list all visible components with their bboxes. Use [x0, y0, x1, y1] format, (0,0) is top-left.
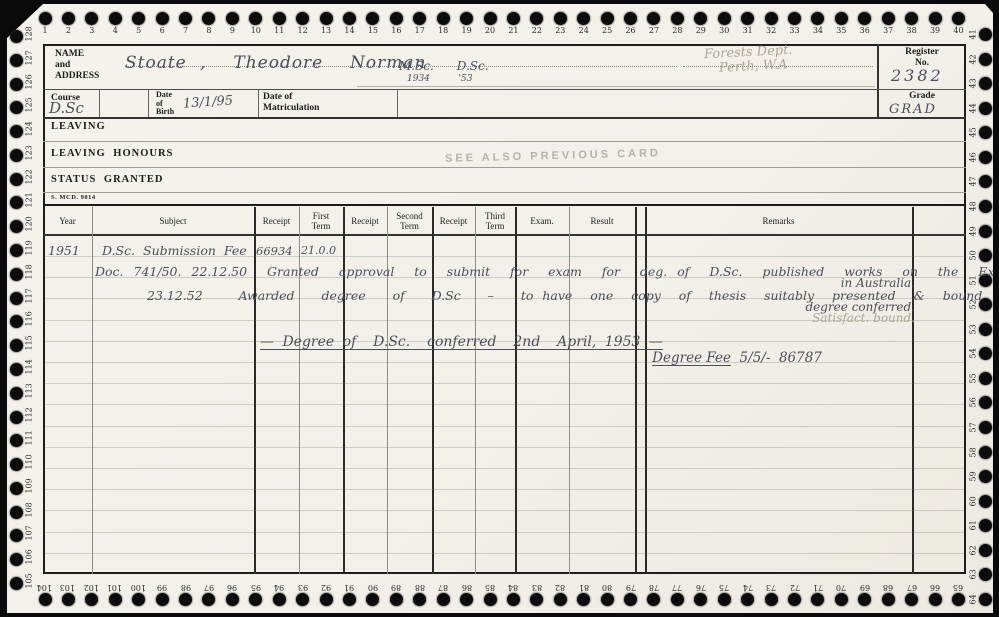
punch-hole	[10, 101, 23, 114]
punch-hole	[179, 12, 192, 25]
punch-number: 36	[858, 26, 872, 35]
punch-number: 7	[179, 26, 193, 35]
punch-hole	[10, 577, 23, 590]
punch-item: 32	[764, 7, 778, 39]
punch-number: 85	[483, 583, 497, 592]
degree-years: 1934 '53	[407, 74, 472, 84]
punch-hole	[979, 568, 992, 581]
punch-hole	[624, 593, 637, 606]
punch-number: 86	[460, 583, 474, 592]
punch-hole	[10, 387, 23, 400]
punch-number: 3	[85, 26, 99, 35]
punch-number: 94	[272, 583, 286, 592]
punch-hole	[882, 12, 895, 25]
punch-hole	[10, 125, 23, 138]
column-header	[912, 207, 966, 234]
punch-hole	[952, 12, 965, 25]
punch-item: 68	[881, 574, 895, 614]
punch-number: 11	[272, 26, 286, 35]
punch-item: 69	[858, 574, 872, 614]
punch-number: 107	[25, 531, 34, 541]
entry-conferral-note: — Degree of D.Sc. conferred 2nd April, 1…	[260, 334, 663, 350]
punch-item: 39	[928, 7, 942, 39]
punch-item: 81	[577, 574, 591, 614]
punch-number: 121	[25, 198, 34, 208]
punch-hole	[979, 446, 992, 459]
punch-number: 12	[296, 26, 310, 35]
punch-item: 82	[553, 574, 567, 614]
punch-hole	[979, 28, 992, 41]
punch-hole	[85, 593, 98, 606]
second-baseline	[357, 86, 875, 87]
punch-item: 92	[319, 574, 333, 614]
punch-number: 57	[969, 423, 978, 433]
punch-item: 72	[788, 574, 802, 614]
punch-number: 13	[319, 26, 333, 35]
punch-item: 119	[5, 244, 39, 257]
punch-number: 8	[202, 26, 216, 35]
punch-item: 125	[5, 101, 39, 114]
punch-hole	[437, 12, 450, 25]
punch-number: 34	[811, 26, 825, 35]
punch-hole	[979, 175, 992, 188]
punch-number: 108	[25, 507, 34, 517]
punch-hole	[671, 12, 684, 25]
punch-hole	[10, 434, 23, 447]
punch-number: 61	[969, 521, 978, 531]
punch-number: 106	[25, 555, 34, 565]
punch-item: 86	[460, 574, 474, 614]
punch-number: 31	[741, 26, 755, 35]
punch-item: 98	[179, 574, 193, 614]
punch-item: 2	[61, 7, 75, 39]
punch-number: 122	[25, 174, 34, 184]
punch-number: 20	[483, 26, 497, 35]
punch-hole	[109, 593, 122, 606]
punch-hole	[460, 593, 473, 606]
punch-item: 85	[483, 574, 497, 614]
punch-number: 39	[928, 26, 942, 35]
column-header: First Term	[299, 207, 343, 234]
horizontal-rule	[44, 426, 965, 427]
entry-fee-amount: 21.0.0	[301, 244, 336, 257]
horizontal-rule	[877, 89, 966, 90]
punch-number: 101	[108, 583, 122, 592]
punch-hole	[554, 12, 567, 25]
punch-number: 66	[928, 583, 942, 592]
column-header: Third Term	[475, 207, 515, 234]
punch-hole	[132, 12, 145, 25]
punch-number: 17	[413, 26, 427, 35]
punch-hole	[741, 12, 754, 25]
punch-hole	[109, 12, 122, 25]
grade-value: GRAD	[889, 102, 937, 117]
punch-hole	[979, 126, 992, 139]
punch-item: 12	[296, 7, 310, 39]
punch-item: 108	[5, 506, 39, 519]
punch-hole	[10, 315, 23, 328]
punch-number: 21	[506, 26, 520, 35]
punch-hole	[979, 200, 992, 213]
punch-number: 68	[881, 583, 895, 592]
date-of-birth-label: Date of Birth	[156, 91, 174, 117]
degree-fee-label: Degree Fee	[652, 350, 731, 366]
leaving-honours-label: LEAVING HONOURS	[51, 148, 173, 159]
punch-hole	[10, 54, 23, 67]
punch-hole	[226, 12, 239, 25]
punch-item: 19	[460, 7, 474, 39]
punch-item: 110	[5, 458, 39, 471]
punch-hole	[10, 78, 23, 91]
punch-number: 56	[969, 398, 978, 408]
punch-item: 107	[5, 529, 39, 542]
punch-hole	[460, 12, 473, 25]
punch-hole	[671, 593, 684, 606]
horizontal-rule	[43, 89, 966, 90]
punch-number: 117	[25, 293, 34, 303]
entry-bound-note: Satisfact. bound.	[773, 311, 915, 325]
punch-hole	[979, 347, 992, 360]
punch-hole	[413, 12, 426, 25]
punch-number: 26	[624, 26, 638, 35]
punch-hole	[979, 495, 992, 508]
punch-hole	[390, 12, 403, 25]
punch-number: 116	[25, 317, 34, 327]
horizontal-rule	[44, 489, 965, 490]
horizontal-rule	[44, 404, 965, 405]
punch-item: 10	[249, 7, 263, 39]
punch-item: 116	[5, 315, 39, 328]
name-address-label: NAME and ADDRESS	[55, 49, 99, 82]
table-header-row: YearSubjectReceiptFirst TermReceiptSecon…	[43, 207, 966, 234]
vertical-rule	[569, 207, 570, 574]
punch-item: 111	[5, 434, 39, 447]
horizontal-rule	[44, 510, 965, 511]
punch-number: 63	[969, 570, 978, 580]
punch-item: 123	[5, 149, 39, 162]
punch-hole	[694, 12, 707, 25]
punch-number: 41	[969, 30, 978, 40]
horizontal-rule	[43, 167, 966, 168]
punch-item: 30	[717, 7, 731, 39]
punch-hole	[10, 173, 23, 186]
punch-number: 14	[342, 26, 356, 35]
punch-number: 77	[670, 583, 684, 592]
record-card: 1234567891011121314151617181920212223242…	[7, 4, 993, 613]
punch-hole	[366, 12, 379, 25]
punch-number: 27	[647, 26, 661, 35]
punch-item: 80	[600, 574, 614, 614]
punch-hole	[10, 482, 23, 495]
punch-item: 31	[741, 7, 755, 39]
punch-item: 118	[5, 268, 39, 281]
punch-hole	[156, 593, 169, 606]
punch-hole	[624, 12, 637, 25]
punch-item: 70	[834, 574, 848, 614]
punch-hole	[858, 593, 871, 606]
punch-number: 48	[969, 201, 978, 211]
horizontal-rule	[43, 141, 966, 142]
entry-degree-fee: Degree Fee 5/5/- 86787	[635, 334, 822, 382]
punch-item: 76	[694, 574, 708, 614]
punch-item: 36	[858, 7, 872, 39]
punch-hole	[979, 77, 992, 90]
punch-number: 19	[460, 26, 474, 35]
punch-item: 104	[38, 574, 52, 614]
punch-hole	[413, 593, 426, 606]
punch-hole	[554, 593, 567, 606]
punch-strip-top: 1234567891011121314151617181920212223242…	[38, 7, 966, 39]
punch-hole	[979, 519, 992, 532]
punch-hole	[647, 12, 660, 25]
punch-number: 49	[969, 226, 978, 236]
punch-number: 73	[764, 583, 778, 592]
punch-number: 124	[25, 127, 34, 137]
punch-item: 90	[366, 574, 380, 614]
punch-item: 33	[788, 7, 802, 39]
punch-number: 91	[342, 583, 356, 592]
punch-hole	[979, 102, 992, 115]
horizontal-rule	[43, 192, 966, 193]
punch-hole	[882, 593, 895, 606]
form-code: S. MCD. 9014	[51, 194, 96, 201]
punch-number: 67	[905, 583, 919, 592]
punch-item: 29	[694, 7, 708, 39]
punch-item: 1	[38, 7, 52, 39]
punch-number: 62	[969, 545, 978, 555]
student-name-value: Stoate , Theodore Norman	[125, 53, 427, 73]
grade-label: Grade	[879, 91, 965, 101]
vertical-rule	[148, 89, 149, 117]
punch-item: 99	[155, 574, 169, 614]
punch-item: 21	[506, 7, 520, 39]
punch-number: 118	[25, 269, 34, 279]
punch-item: 88	[413, 574, 427, 614]
punch-item: 4	[108, 7, 122, 39]
punch-number: 30	[717, 26, 731, 35]
punch-hole	[10, 149, 23, 162]
punch-number: 71	[811, 583, 825, 592]
punch-hole	[601, 12, 614, 25]
punch-item: 95	[249, 574, 263, 614]
punch-number: 46	[969, 152, 978, 162]
punch-number: 60	[969, 496, 978, 506]
punch-item: 89	[389, 574, 403, 614]
punch-hole	[741, 593, 754, 606]
punch-number: 72	[788, 583, 802, 592]
punch-hole	[765, 593, 778, 606]
punch-hole	[765, 12, 778, 25]
punch-hole	[10, 244, 23, 257]
punch-item: 26	[624, 7, 638, 39]
punch-item: 24	[577, 7, 591, 39]
punch-item: 87	[436, 574, 450, 614]
punch-number: 82	[553, 583, 567, 592]
punch-number: 43	[969, 79, 978, 89]
punch-item: 66	[928, 574, 942, 614]
column-header	[635, 207, 645, 234]
punch-hole	[390, 593, 403, 606]
punch-number: 92	[319, 583, 333, 592]
horizontal-rule	[44, 553, 965, 554]
punch-hole	[249, 12, 262, 25]
punch-number: 4	[108, 26, 122, 35]
punch-item: 121	[5, 196, 39, 209]
punch-item: 34	[811, 7, 825, 39]
punch-item: 120	[5, 220, 39, 233]
punch-hole	[811, 593, 824, 606]
punch-item: 41	[960, 28, 999, 41]
punch-number: 70	[834, 583, 848, 592]
punch-item: 16	[389, 7, 403, 39]
punch-number: 50	[969, 251, 978, 261]
punch-number: 127	[25, 55, 34, 65]
punch-hole	[530, 12, 543, 25]
punch-item: 128	[5, 30, 39, 43]
punch-number: 44	[969, 103, 978, 113]
punch-item: 37	[881, 7, 895, 39]
punch-hole	[10, 292, 23, 305]
punch-number: 76	[694, 583, 708, 592]
punch-hole	[694, 593, 707, 606]
punch-number: 24	[577, 26, 591, 35]
vertical-rule	[254, 207, 256, 574]
punch-item: 35	[834, 7, 848, 39]
punch-hole	[835, 593, 848, 606]
punch-hole	[979, 593, 992, 606]
punch-number: 83	[530, 583, 544, 592]
punch-hole	[39, 12, 52, 25]
punch-item: 124	[5, 125, 39, 138]
punch-item: 64	[960, 593, 999, 606]
vertical-rule	[99, 89, 100, 117]
punch-item: 77	[670, 574, 684, 614]
punch-hole	[179, 593, 192, 606]
punch-item: 114	[5, 363, 39, 376]
column-header: Receipt	[432, 207, 475, 234]
punch-number: 78	[647, 583, 661, 592]
punch-hole	[788, 12, 801, 25]
punch-hole	[296, 593, 309, 606]
punch-hole	[835, 12, 848, 25]
column-header: Remarks	[645, 207, 912, 234]
punch-number: 103	[61, 583, 75, 592]
punch-number: 45	[969, 128, 978, 138]
punch-item: 23	[553, 7, 567, 39]
vertical-rule	[645, 207, 647, 574]
punch-item: 74	[741, 574, 755, 614]
punch-number: 113	[25, 388, 34, 398]
punch-hole	[979, 225, 992, 238]
punch-number: 69	[858, 583, 872, 592]
punch-hole	[437, 593, 450, 606]
punch-hole	[296, 12, 309, 25]
punch-number: 32	[764, 26, 778, 35]
column-header: Year	[43, 207, 92, 234]
punch-item: 3	[85, 7, 99, 39]
punch-item: 112	[5, 411, 39, 424]
punch-hole	[320, 12, 333, 25]
punch-item: 22	[530, 7, 544, 39]
punch-hole	[979, 470, 992, 483]
punch-hole	[10, 339, 23, 352]
punch-item: 14	[342, 7, 356, 39]
punch-hole	[273, 593, 286, 606]
punch-number: 128	[25, 32, 34, 42]
punch-hole	[10, 506, 23, 519]
punch-number: 89	[389, 583, 403, 592]
punch-item: 9	[225, 7, 239, 39]
punch-number: 126	[25, 79, 34, 89]
column-header: Second Term	[387, 207, 432, 234]
punch-item: 83	[530, 574, 544, 614]
horizontal-rule	[43, 234, 966, 236]
punch-strip-bottom: 1041031021011009998979695949392919089888…	[38, 574, 966, 614]
punch-hole	[979, 249, 992, 262]
leaving-label: LEAVING	[51, 121, 106, 132]
entry-receipt-no: 66934	[256, 244, 293, 258]
punch-item: 27	[647, 7, 661, 39]
horizontal-rule	[44, 362, 965, 363]
punch-number: 6	[155, 26, 169, 35]
punch-item: 67	[905, 574, 919, 614]
punch-hole	[10, 220, 23, 233]
punch-number: 54	[969, 349, 978, 359]
punch-hole	[10, 529, 23, 542]
punch-hole	[10, 30, 23, 43]
punch-number: 96	[225, 583, 239, 592]
punch-hole	[929, 12, 942, 25]
punch-item: 78	[647, 574, 661, 614]
vertical-rule	[299, 207, 300, 574]
punch-hole	[366, 593, 379, 606]
punch-number: 125	[25, 103, 34, 113]
punch-hole	[905, 12, 918, 25]
punch-hole	[320, 593, 333, 606]
punch-hole	[10, 411, 23, 424]
horizontal-rule	[43, 117, 966, 119]
punch-number: 109	[25, 483, 34, 493]
punch-hole	[343, 12, 356, 25]
punch-number: 104	[38, 583, 52, 592]
punch-number: 10	[249, 26, 263, 35]
punch-hole	[62, 12, 75, 25]
punch-item: 20	[483, 7, 497, 39]
punch-number: 58	[969, 447, 978, 457]
punch-number: 15	[366, 26, 380, 35]
punch-number: 88	[413, 583, 427, 592]
punch-hole	[484, 12, 497, 25]
punch-number: 99	[155, 583, 169, 592]
punch-hole	[577, 593, 590, 606]
punch-number: 22	[530, 26, 544, 35]
punch-item: 127	[5, 54, 39, 67]
punch-item: 105	[5, 577, 39, 590]
punch-item: 102	[85, 574, 99, 614]
punch-hole	[132, 593, 145, 606]
punch-number: 115	[25, 341, 34, 351]
punch-item: 11	[272, 7, 286, 39]
punch-hole	[718, 12, 731, 25]
punch-number: 87	[436, 583, 450, 592]
punch-hole	[811, 12, 824, 25]
column-header: Receipt	[254, 207, 299, 234]
punch-number: 53	[969, 324, 978, 334]
horizontal-rule	[44, 383, 965, 384]
punch-number: 16	[389, 26, 403, 35]
register-no-value: 2382	[891, 66, 944, 85]
vertical-rule	[397, 89, 398, 117]
